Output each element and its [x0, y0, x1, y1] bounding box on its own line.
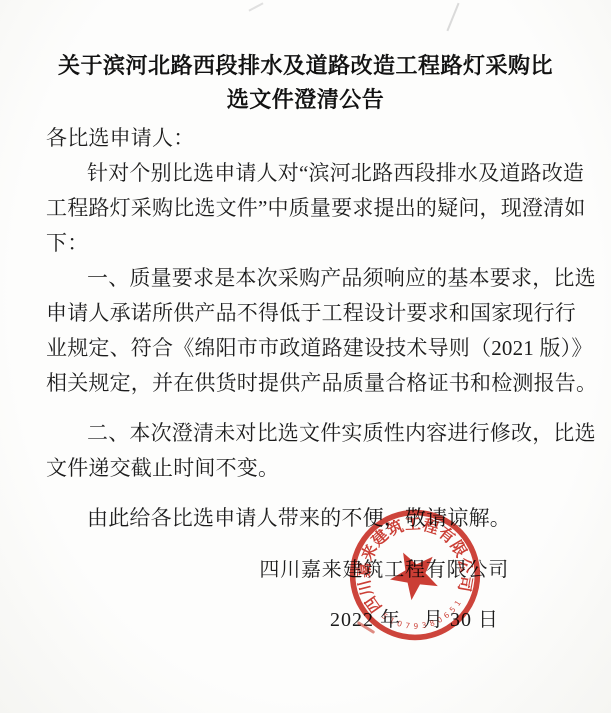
salutation-line: 各比选申请人：: [46, 121, 561, 156]
document-title: 关于滨河北路西段排水及道路改造工程路灯采购比 选文件澄清公告: [0, 0, 611, 117]
body-line: 业规定、符合《绵阳市市政道路建设技术导则（2021 版）》: [46, 331, 561, 366]
closing-line: 由此给各比选申请人带来的不便，敬请谅解。: [46, 501, 561, 536]
body-line: 相关规定，并在供货时提供产品质量合格证书和检测报告。: [46, 366, 561, 401]
signature-date: 2022 年月 30 日: [330, 603, 499, 632]
signature-company-name: 四川嘉来建筑工程有限公司: [259, 553, 509, 582]
body-line: 针对个别比选申请人对“滨河北路西段排水及道路改造: [46, 156, 561, 191]
signature-date-day: 月 30 日: [423, 609, 499, 631]
document-body: 各比选申请人： 针对个别比选申请人对“滨河北路西段排水及道路改造 工程路灯采购比…: [0, 121, 611, 536]
body-line: 一、质量要求是本次采购产品须响应的基本要求，比选: [46, 261, 561, 296]
body-line: 二、本次澄清未对比选文件实质性内容进行修改，比选: [46, 416, 561, 451]
body-line: 工程路灯采购比选文件”中质量要求提出的疑问，现澄清如: [46, 191, 561, 226]
scanned-document-page: 关于滨河北路西段排水及道路改造工程路灯采购比 选文件澄清公告 各比选申请人： 针…: [0, 0, 611, 713]
document-title-line2: 选文件澄清公告: [0, 83, 611, 117]
body-line: 申请人承诺所供产品不得低于工程设计要求和国家现行行: [46, 296, 561, 331]
body-line: 文件递交截止时间不变。: [46, 451, 561, 486]
document-title-line1: 关于滨河北路西段排水及道路改造工程路灯采购比: [0, 49, 611, 83]
signature-date-year: 2022 年: [330, 609, 401, 631]
body-line: 下：: [46, 226, 561, 261]
